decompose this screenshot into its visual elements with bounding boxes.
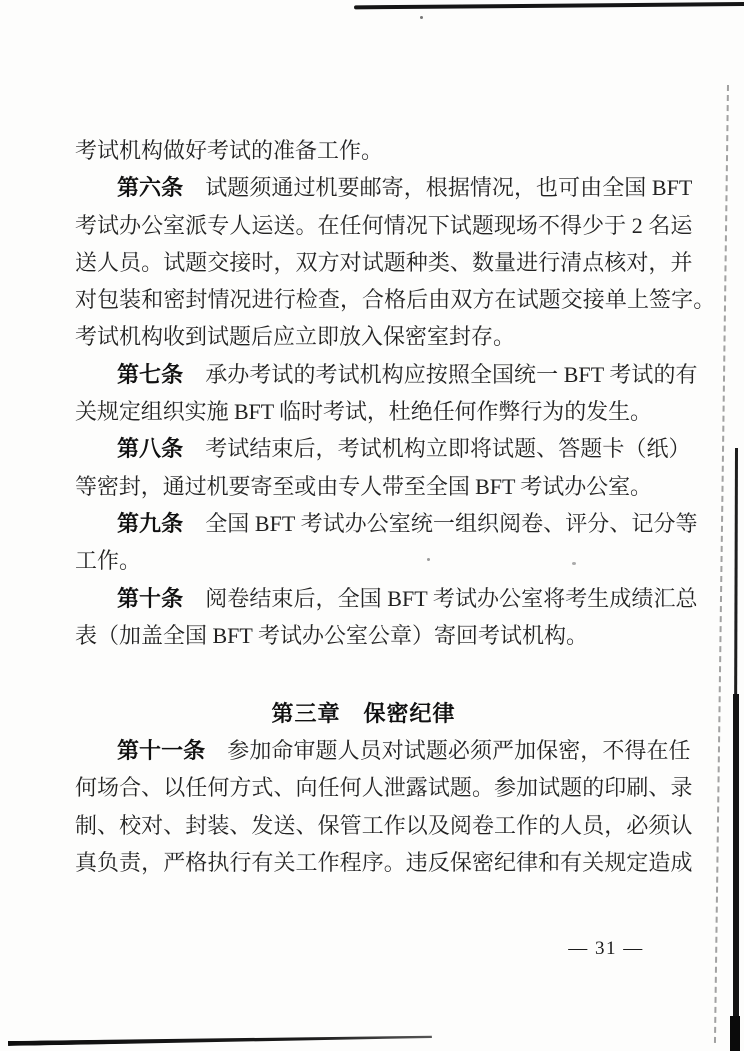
text-line: 对包装和密封情况进行检查，合格后由双方在试题交接单上签字。 [75,281,652,318]
text-line: 考试机构做好考试的准备工作。 [75,132,652,169]
text-line: 送人员。试题交接时，双方对试题种类、数量进行清点核对，并 [75,244,652,281]
chapter-heading: 第三章 保密纪律 [75,695,652,732]
text-line: 制、校对、封装、发送、保管工作以及阅卷工作的人员，必须认 [75,807,652,844]
text-line: 工作。 [75,542,652,579]
text-line: 考试办公室派专人运送。在任何情况下试题现场不得少于 2 名运 [75,207,652,244]
scan-artifact-right-bottom-bar [730,1016,740,1051]
text-line: 真负责，严格执行有关工作程序。违反保密纪律和有关规定造成 [75,844,652,881]
scan-artifact-bottom-edge-line [8,1034,432,1046]
text-line: 等密封，通过机要寄至或由专人带至全国 BFT 考试办公室。 [75,468,652,505]
scan-artifact-right-edge-line-upper [734,448,737,700]
scan-artifact-right-edge-line-lower [733,694,739,1051]
scan-artifact-speck [420,16,423,19]
text-line: 第九条 全国 BFT 考试办公室统一组织阅卷、评分、记分等 [75,505,652,542]
text-line: 第十一条 参加命审题人员对试题必须严加保密，不得在任 [75,732,652,769]
text-line: 关规定组织实施 BFT 临时考试，杜绝任何作弊行为的发生。 [75,393,652,430]
article-number-label: 第八条 [117,436,183,461]
text-line: 第十条 阅卷结束后，全国 BFT 考试办公室将考生成绩汇总 [75,580,652,617]
article-number-label: 第十条 [117,586,183,611]
article-number-label: 第七条 [117,362,183,387]
article-number-label: 第九条 [117,511,183,536]
text-line: 第六条 试题须通过机要邮寄，根据情况，也可由全国 BFT [75,169,652,206]
article-number-label: 第十一条 [117,738,205,763]
scan-artifact-top-edge-line [354,2,744,9]
text-line: 何场合、以任何方式、向任何人泄露试题。参加试题的印刷、录 [75,769,652,806]
text-line: 第八条 考试结束后，考试机构立即将试题、答题卡（纸） [75,430,652,467]
document-body: 考试机构做好考试的准备工作。第六条 试题须通过机要邮寄，根据情况，也可由全国 B… [75,132,652,654]
text-line: 表（加盖全国 BFT 考试办公室公章）寄回考试机构。 [75,617,652,654]
document-body-2: 第十一条 参加命审题人员对试题必须严加保密，不得在任何场合、以任何方式、向任何人… [75,732,652,881]
scan-artifact-binding-dashed-line [714,85,729,1043]
text-line: 第七条 承办考试的考试机构应按照全国统一 BFT 考试的有 [75,356,652,393]
article-number-label: 第六条 [117,175,183,200]
text-line: 考试机构收到试题后应立即放入保密室封存。 [75,318,652,355]
page-number: — 31 — [566,938,646,960]
scanned-page: 考试机构做好考试的准备工作。第六条 试题须通过机要邮寄，根据情况，也可由全国 B… [0,0,744,1051]
